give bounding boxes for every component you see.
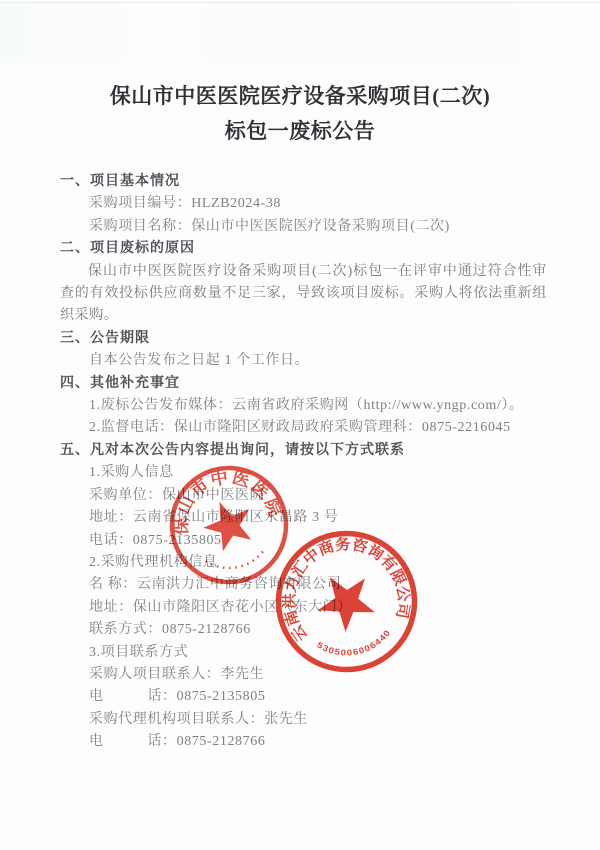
title-line-2: 标包一废标公告 xyxy=(0,114,600,149)
buyer-contact-phone-line: 电 话：0875-2135805 xyxy=(60,686,547,708)
svg-text:云南洪力汇中商务咨询有限公司: 云南洪力汇中商务咨询有限公司 xyxy=(268,523,418,646)
cancellation-reason-paragraph: 保山市中医医院医疗设备采购项目(二次)标包一在评审中通过符合性审查的有效投标供应… xyxy=(60,261,547,328)
section-heading-4: 四、其他补充事宜 xyxy=(60,373,547,395)
agency-seal-text: 云南洪力汇中商务咨询有限公司 xyxy=(268,523,418,646)
section-heading-2: 二、项目废标的原因 xyxy=(60,238,547,260)
title-line-1: 保山市中医医院医疗设备采购项目(二次) xyxy=(0,79,600,114)
scanned-announcement-page: 保山市中医医院医疗设备采购项目(二次) 标包一废标公告 一、项目基本情况 采购项… xyxy=(0,0,600,850)
project-number-line: 采购项目编号：HLZB2024-38 xyxy=(60,193,547,215)
section-heading-3: 三、公告期限 xyxy=(60,328,547,350)
publish-media-line: 1.废标公告发布媒体：云南省政府采购网（http://www.yngp.com/… xyxy=(60,395,547,417)
supervision-phone-line: 2.监督电话：保山市隆阳区财政局政府采购管理科：0875-2216045 xyxy=(60,417,547,439)
agency-contact-person-line: 采购代理机构项目联系人：张先生 xyxy=(60,709,547,731)
scan-tint-artifact xyxy=(0,3,600,63)
agency-contact-phone-line: 电 话：0875-2128766 xyxy=(60,731,547,753)
agency-seal: 云南洪力汇中商务咨询有限公司 5305006006440 xyxy=(259,514,434,689)
document-title: 保山市中医医院医疗设备采购项目(二次) 标包一废标公告 xyxy=(0,79,600,149)
project-name-line: 采购项目名称：保山市中医医院医疗设备采购项目(二次) xyxy=(60,216,547,238)
announcement-period-line: 自本公告发布之日起 1 个工作日。 xyxy=(60,350,547,372)
star-icon xyxy=(306,561,384,638)
section-heading-1: 一、项目基本情况 xyxy=(60,171,547,193)
star-icon xyxy=(197,493,260,555)
